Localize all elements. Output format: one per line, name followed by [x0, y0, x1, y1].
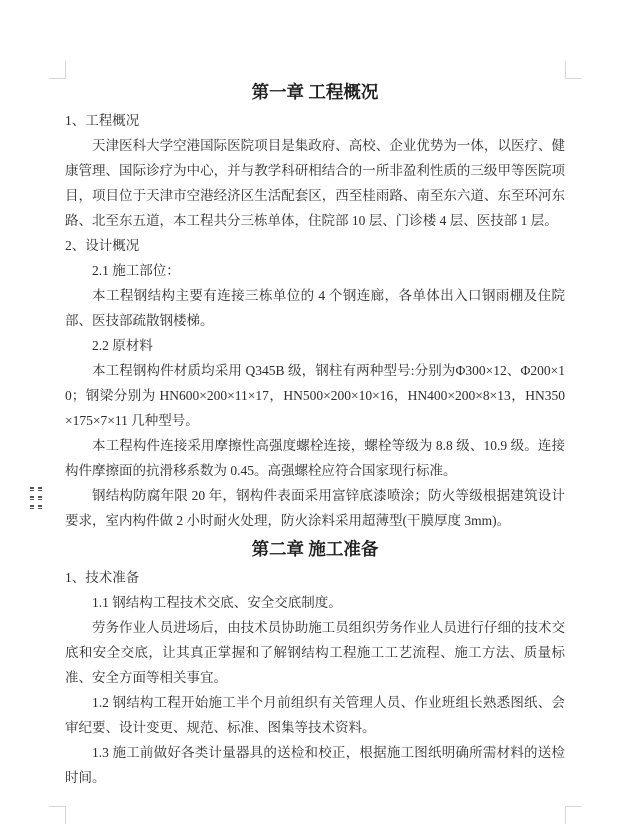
paragraph-overview: 天津医科大学空港国际医院项目是集政府、高校、企业优势为一体，以医疗、健康管理、国… — [65, 133, 565, 233]
drag-handle-dot — [38, 487, 42, 491]
drag-handle-dot — [38, 505, 42, 509]
drag-handle-dot — [30, 496, 34, 500]
drag-handle-dot — [38, 496, 42, 500]
document-page: 第一章 工程概况1、工程概况天津医科大学空港国际医院项目是集政府、高校、企业优势… — [0, 0, 629, 836]
document-body: 第一章 工程概况1、工程概况天津医科大学空港国际医院项目是集政府、高校、企业优势… — [65, 76, 565, 790]
text-boundary-mark-top-right — [565, 61, 582, 79]
item-tech-label: 1、技术准备 — [65, 565, 565, 590]
item-2-label: 2、设计概况 — [65, 233, 565, 258]
chapter-1-heading: 第一章 工程概况 — [65, 76, 565, 108]
drag-handle-dots-icon[interactable] — [30, 487, 42, 509]
drag-handle-dot — [30, 487, 34, 491]
text-boundary-mark-bottom-right — [565, 806, 582, 824]
item-2-2-label: 2.2 原材料 — [65, 333, 565, 358]
paragraph-coating: 钢结构防腐年限 20 年，钢构件表面采用富锌底漆喷涂；防火等级根据建筑设计要求，… — [65, 483, 565, 533]
paragraph-1-3: 1.3 施工前做好各类计量器具的送检和校正，根据施工图纸明确所需材料的送检时间。 — [65, 740, 565, 790]
chapter-2-heading: 第二章 施工准备 — [65, 533, 565, 565]
paragraph-1-2: 1.2 钢结构工程开始施工半个月前组织有关管理人员、作业班组长熟悉图纸、会审纪要… — [65, 690, 565, 740]
paragraph-2-1: 本工程钢结构主要有连接三栋单位的 4 个钢连廊，各单体出入口钢雨棚及住院部、医技… — [65, 283, 565, 333]
text-boundary-mark-top-left — [49, 61, 66, 79]
paragraph-1-1: 劳务作业人员进场后，由技术员协助施工员组织劳务作业人员进行仔细的技术交底和安全交… — [65, 615, 565, 690]
item-2-1-label: 2.1 施工部位： — [65, 258, 565, 283]
item-1-label: 1、工程概况 — [65, 108, 565, 133]
text-boundary-mark-bottom-left — [49, 806, 66, 824]
paragraph-materials: 本工程钢构件材质均采用 Q345B 级，钢柱有两种型号:分别为Φ300×12、Φ… — [65, 358, 565, 433]
drag-handle-dot — [30, 505, 34, 509]
paragraph-bolts: 本工程构件连接采用摩擦性高强度螺栓连接，螺栓等级为 8.8 级、10.9 级。连… — [65, 433, 565, 483]
item-1-1-label: 1.1 钢结构工程技术交底、安全交底制度。 — [65, 590, 565, 615]
